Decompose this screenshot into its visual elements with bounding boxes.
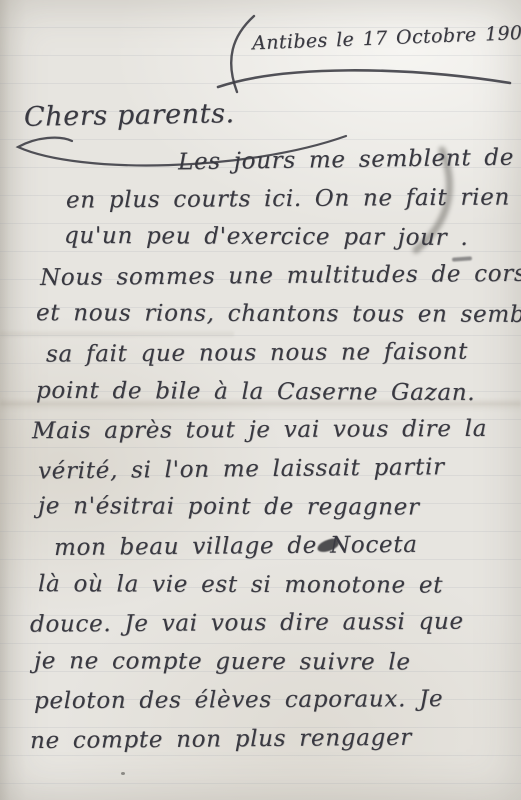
flourish-paren-icon	[222, 12, 264, 98]
letter-body: Les jours me semblent de plus en plus co…	[30, 141, 512, 759]
dateline: Antibes le 17 Octobre 1907	[252, 22, 521, 55]
letter-line: je n'ésitrai point de regagner	[38, 488, 512, 528]
letter-line: mon beau village de Noceta	[54, 525, 512, 568]
flourish-date-underline-icon	[213, 58, 517, 96]
letter-line: douce. Je vai vous dire aussi que	[30, 602, 512, 644]
letter-line: peloton des élèves caporaux. Je	[34, 680, 512, 721]
letter-line: là où la vie est si monotone et	[38, 565, 512, 605]
letter-line: qu'un peu d'exercice par jour .	[64, 217, 512, 258]
paper-speck	[121, 772, 125, 775]
letter-line: et nous rions, chantons tous en semble	[36, 295, 512, 335]
letter-line: Nous sommes une multitudes de corses	[40, 255, 512, 298]
letter-line: Les jours me semblent de plus	[178, 139, 513, 182]
letter-line: point de bile à la Caserne Gazan.	[36, 371, 512, 412]
letter-line: vérité, si l'on me laissait partir	[38, 447, 512, 491]
letter-page: Antibes le 17 Octobre 1907 Chers parents…	[0, 0, 521, 800]
letter-line: en plus courts ici. On ne fait rien	[66, 178, 512, 220]
letter-line: sa fait que nous nous ne faisont	[46, 332, 512, 374]
salutation: Chers parents.	[24, 98, 235, 133]
letter-line: Mais après tout je vai vous dire la	[32, 410, 512, 451]
letter-line: ne compte non plus rengager	[30, 718, 512, 761]
letter-line: je ne compte guere suivre le	[34, 642, 512, 682]
